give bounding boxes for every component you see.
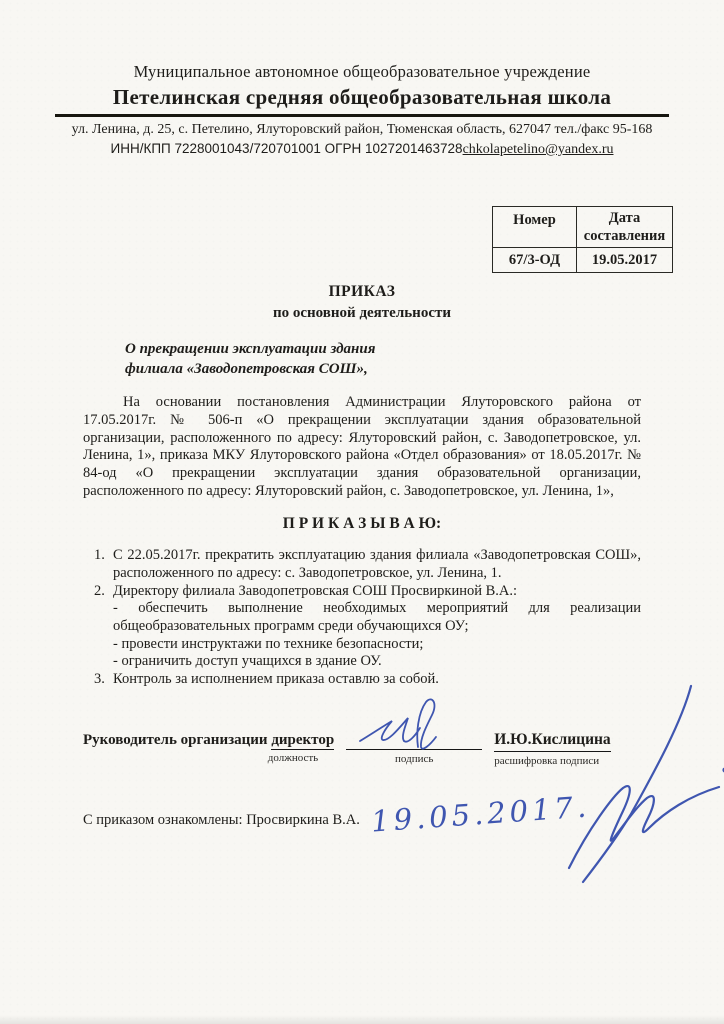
- order-item-3-text: Контроль за исполнением приказа оставлю …: [113, 671, 641, 689]
- acknowledgement-block: С приказом ознакомлены: Просвиркина В.А.…: [83, 812, 641, 830]
- order-subject: О прекращении эксплуатации здания филиал…: [125, 340, 641, 379]
- org-address: ул. Ленина, д. 25, с. Петелино, Ялуторов…: [0, 122, 724, 138]
- letterhead: Муниципальное автономное общеобразовател…: [0, 62, 724, 158]
- order-item-1-number: 1.: [83, 547, 113, 582]
- org-name: Петелинская средняя общеобразовательная …: [0, 85, 724, 110]
- order-number-value: 67/3-ОД: [493, 248, 577, 273]
- doc-title: ПРИКАЗ: [83, 283, 641, 302]
- handwritten-date: 19.05.2017.: [370, 789, 591, 840]
- doc-subtitle: по основной деятельности: [83, 304, 641, 322]
- table-header-row: Номер Дата составления: [493, 207, 673, 248]
- order-body: ПРИКАЗ по основной деятельности О прекра…: [83, 283, 641, 830]
- order-item-2-sub-3: - ограничить доступ учащихся в здание ОУ…: [113, 653, 641, 671]
- org-email: chkolapetelino@yandex.ru: [463, 142, 614, 157]
- order-item-2-sub-1: - обеспечить выполнение необходимых меро…: [113, 600, 641, 635]
- order-preamble: На основании постановления Администрации…: [83, 394, 641, 500]
- signature-caption: подпись: [346, 753, 482, 766]
- scan-bottom-shadow: [0, 1015, 724, 1024]
- order-item-2-text: Директору филиала Заводопетровская СОШ П…: [113, 583, 641, 601]
- signature-line-column: подпись: [346, 731, 482, 766]
- order-subject-line1: О прекращении эксплуатации здания: [125, 340, 641, 360]
- order-item-1-text: С 22.05.2017г. прекратить эксплуатацию з…: [113, 547, 641, 582]
- signature-position-column: Руководитель организации директор должно…: [83, 731, 334, 765]
- table-header-number: Номер: [493, 207, 577, 248]
- signature-block: Руководитель организации директор должно…: [83, 731, 641, 768]
- order-item-1: 1. С 22.05.2017г. прекратить эксплуатаци…: [83, 547, 641, 582]
- scanned-order-document: Муниципальное автономное общеобразовател…: [0, 0, 724, 1024]
- order-subject-line2: филиала «Заводопетровская СОШ»,: [125, 360, 641, 380]
- acknowledgement-text: С приказом ознакомлены: Просвиркина В.А.: [83, 812, 360, 828]
- head-of-org-label: Руководитель организации: [83, 732, 271, 748]
- order-items: 1. С 22.05.2017г. прекратить эксплуатаци…: [83, 547, 641, 689]
- signature-name-column: И.Ю.Кислицина расшифровка подписи: [494, 731, 610, 768]
- org-requisites-line: ИНН/КПП 7228001043/720701001 ОГРН 102720…: [0, 141, 724, 158]
- order-item-2-sub-2: - провести инструктажи по технике безопа…: [113, 636, 641, 654]
- position-caption: должность: [83, 752, 334, 765]
- signature-label-line: Руководитель организации директор: [83, 731, 334, 749]
- table-value-row: 67/3-ОД 19.05.2017: [493, 248, 673, 273]
- order-item-2: 2. Директору филиала Заводопетровская СО…: [83, 583, 641, 671]
- position-value: директор: [271, 732, 334, 750]
- order-item-3: 3. Контроль за исполнением приказа остав…: [83, 671, 641, 689]
- org-type: Муниципальное автономное общеобразовател…: [0, 62, 724, 82]
- letterhead-divider: [55, 114, 669, 117]
- signer-name: И.Ю.Кислицина: [494, 731, 610, 752]
- table-header-date: Дата составления: [577, 207, 673, 248]
- decree-heading: П Р И К А З Ы В А Ю:: [83, 515, 641, 534]
- name-caption: расшифровка подписи: [494, 755, 610, 768]
- order-item-3-number: 3.: [83, 671, 113, 689]
- org-requisites: ИНН/КПП 7228001043/720701001 ОГРН 102720…: [111, 141, 463, 156]
- order-item-2-number: 2.: [83, 583, 113, 671]
- order-date-value: 19.05.2017: [577, 248, 673, 273]
- director-signature: [354, 697, 472, 751]
- order-number-date-table: Номер Дата составления 67/3-ОД 19.05.201…: [492, 206, 673, 273]
